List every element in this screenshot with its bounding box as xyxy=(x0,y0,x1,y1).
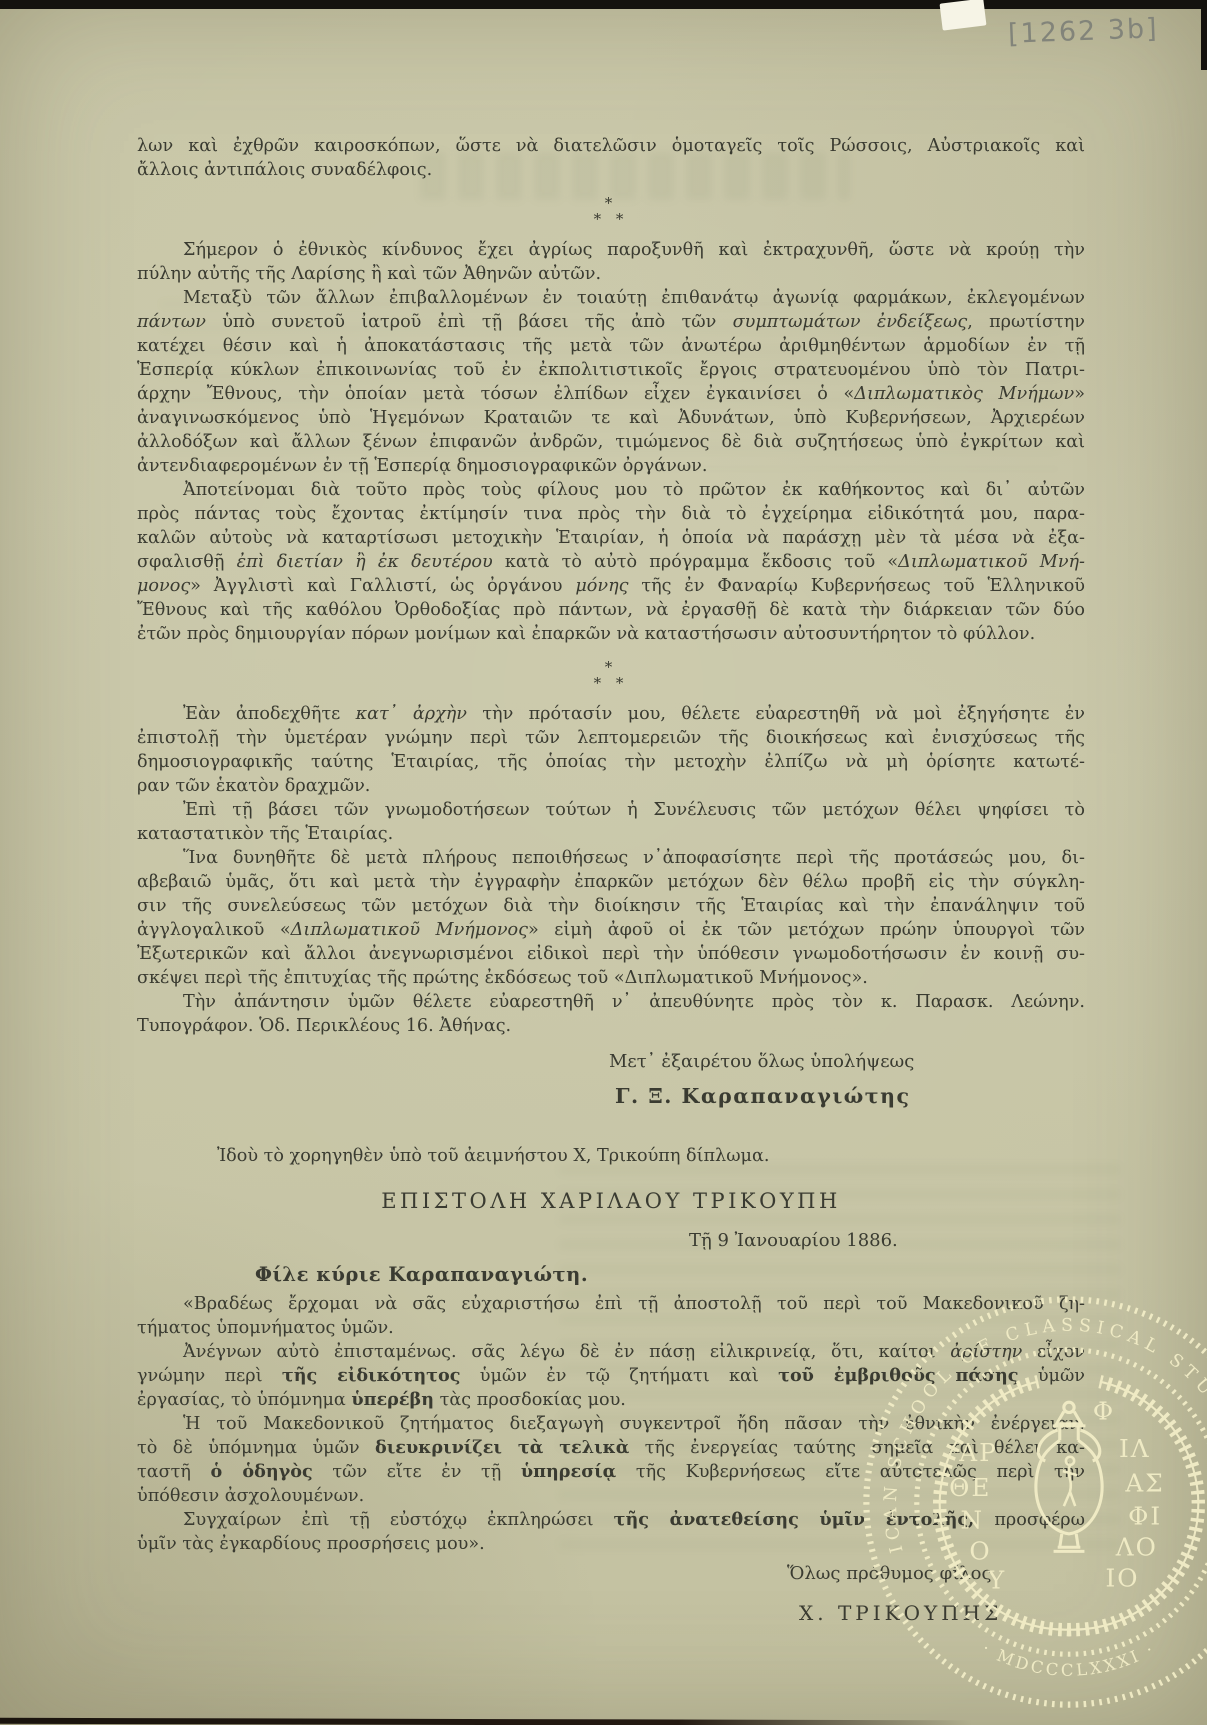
closing-compliment: Μετ᾽ ἐξαιρέτου ὅλως ὑπολήψεως xyxy=(609,1048,1085,1075)
para-7: Τὴν ἀπάντησιν ὑμῶν θέλετε εὐαρεστηθῆ ν᾽ … xyxy=(137,990,1085,1038)
signature-karapanagiotis: Γ. Ξ. Καραπαναγιώτης xyxy=(615,1082,1085,1110)
diploma-intro: Ἰδοὺ τὸ χορηγηθὲν ὑπὸ τοῦ ἀειμνήστου Χ, … xyxy=(137,1143,1085,1169)
seal-amphora-figure xyxy=(1063,1457,1077,1506)
para-6: Ἵνα δυνηθῆτε δὲ μετὰ πλήρους πεποιθήσεως… xyxy=(137,846,1085,990)
svg-text:ΙΛ: ΙΛ xyxy=(1119,1434,1151,1463)
para-continuation: λων καὶ ἐχθρῶν καιροσκόπων, ὥστε νὰ διατ… xyxy=(137,134,1085,182)
para-1: Σήμερον ὁ ἐθνικὸς κίνδυνος ἔχει ἀγρίως π… xyxy=(137,238,1085,286)
svg-text:Φ: Φ xyxy=(1093,1397,1115,1426)
para-5: Ἐπὶ τῇ βάσει τῶν γνωμοδοτήσεων τούτων ἡ … xyxy=(137,798,1085,846)
svg-text:Ν: Ν xyxy=(960,1506,984,1535)
svg-text:ΦΙ: ΦΙ xyxy=(1128,1502,1162,1531)
svg-text:ΑΡ: ΑΡ xyxy=(958,1438,998,1467)
catalog-number-pencil-note: [1262 3b] xyxy=(1007,13,1159,50)
scan-edge-right xyxy=(1201,0,1207,70)
scan-edge-bottom xyxy=(0,1718,972,1725)
scanned-letter-page: [1262 3b] λων καὶ ἐχθρῶν καιροσκόπων, ὥσ… xyxy=(0,0,1207,1725)
svg-text:ΙΟ: ΙΟ xyxy=(1105,1563,1139,1592)
page-corner-patch xyxy=(940,0,987,31)
svg-text:ΘΕ: ΘΕ xyxy=(949,1473,991,1502)
letter-salutation: Φίλε κύριε Καραπαναγιώτη. xyxy=(255,1261,1085,1288)
ascsa-embossed-seal: AMERICAN SCHOOL OF CLASSICAL STUDIES AT … xyxy=(853,1286,1207,1718)
letter-heading: ΕΠΙΣΤΟΛΗ ΧΑΡΙΛΑΟΥ ΤΡΙΚΟΥΠΗ xyxy=(137,1186,1085,1216)
letter-date: Τῇ 9 Ἰανουαρίου 1886. xyxy=(689,1228,1085,1254)
para-2: Μεταξὺ τῶν ἄλλων ἐπιβαλλομένων ἐν τοιαύτ… xyxy=(137,286,1085,478)
para-4: Ἐὰν ἀποδεχθῆτε κατ᾽ ἀρχὴν τὴν πρότασίν μ… xyxy=(137,702,1085,798)
svg-text:ΑΣ: ΑΣ xyxy=(1124,1469,1164,1498)
scan-edge-top xyxy=(0,0,1207,9)
svg-text:ΛΟ: ΛΟ xyxy=(1115,1532,1158,1561)
seal-year-text: · MDCCCLXXXI · xyxy=(979,1639,1159,1680)
para-3: Ἀποτείνομαι διὰ τοῦτο πρὸς τοὺς φίλους μ… xyxy=(137,478,1085,646)
seal-inner-beaded-ring xyxy=(917,1350,1207,1654)
svg-text:Υ: Υ xyxy=(987,1565,1006,1594)
asterism-2: ** * xyxy=(137,659,1085,691)
asterism-1: ** * xyxy=(137,195,1085,227)
svg-text:Ο: Ο xyxy=(969,1537,991,1566)
